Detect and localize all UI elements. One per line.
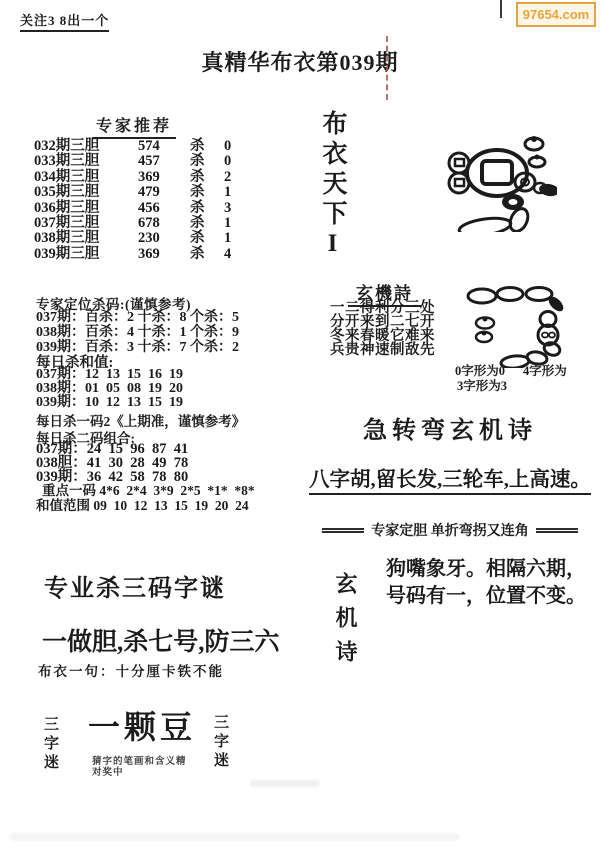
row-period: 039期三胆 <box>34 247 138 262</box>
row-value: 479 <box>138 185 190 200</box>
row-period: 035期三胆 <box>34 185 138 200</box>
shape-note-line2: 3字形为3 <box>457 376 507 394</box>
daily-sum-row: 037期：12 13 15 16 19 <box>36 368 183 382</box>
row-period: 038期： <box>36 381 85 396</box>
row-value: 457 <box>138 154 190 169</box>
row-value: 574 <box>138 139 190 154</box>
bottom-xuanji-vertical-label: 玄机诗 <box>330 572 360 674</box>
table-row: 034期三胆369杀2 <box>34 170 244 185</box>
position-kill-rows: 037期：百杀：2 十杀：8 个杀：5 038期：百杀：4 十杀：1 个杀：9 … <box>36 310 239 355</box>
row-kill-label: 杀 <box>190 201 224 216</box>
daily-sum-row: 039期：10 12 13 15 19 <box>36 396 183 410</box>
row-kill: 0 <box>224 139 244 154</box>
row-period: 039期： <box>36 395 85 410</box>
riddle-footnote-line1: 猜字的笔画和含义精 <box>92 757 187 768</box>
three-char-riddle-label-left: 三字迷 <box>42 716 58 773</box>
row-period: 037期： <box>36 367 85 382</box>
expert-recommend-table: 032期三胆574杀0 033期三胆457杀0 034期三胆369杀2 035期… <box>34 139 244 262</box>
three-char-riddle-answer: 一颗豆 <box>88 702 196 748</box>
scan-ghosting <box>10 833 460 841</box>
table-row: 036期三胆456杀3 <box>34 201 244 216</box>
table-row: 039期三胆369杀4 <box>34 247 244 262</box>
row-value: 456 <box>138 201 190 216</box>
bottom-xuanji-line2: 号码有一，位置不变。 <box>386 583 586 610</box>
bottom-xuanji-line1: 狗嘴象牙。相隔六期， <box>386 556 586 583</box>
row-values: 01 05 08 19 20 <box>85 381 183 396</box>
sum-range-values: 09 10 12 13 15 19 20 24 <box>90 498 249 513</box>
scan-mark-tick <box>500 0 502 18</box>
buyi-tianxia-vertical-title: 布衣天下I <box>318 110 346 262</box>
riddle-heading: 专业杀三码字谜 <box>44 568 226 603</box>
expert-dingdan-divider: 专家定胆 单折弯拐又连角 <box>300 520 600 540</box>
riddle-line: 一做胆,杀七号,防三六 <box>42 622 280 658</box>
page-title: 真精华布衣第039期 <box>0 46 600 77</box>
xuanji-poem: 一二得利分三处 分开来到二七开 冬来春暖它难来 兵贵神速制敌先 <box>330 302 435 358</box>
divider-bar-left <box>322 528 364 533</box>
top-left-note: 关注3 8出一个 <box>20 10 109 32</box>
expert-recommend-heading: 专家推荐 <box>92 113 176 139</box>
sharp-turn-heading: 急转弯玄机诗 <box>300 410 600 445</box>
bottom-xuanji-text: 狗嘴象牙。相隔六期， 号码有一，位置不变。 <box>386 556 586 610</box>
row-kill-label: 杀 <box>190 170 224 185</box>
row-value: 369 <box>138 247 190 262</box>
row-period: 038期三胆 <box>34 231 138 246</box>
buyi-sentence: 布衣一句：十分厘卡铁不能 <box>38 660 224 680</box>
row-kill: 4 <box>224 247 244 262</box>
row-values: 12 13 15 16 19 <box>85 367 183 382</box>
riddle-footnote-line2: 对奖中 <box>92 768 187 779</box>
sum-range-label: 和值范围 <box>36 498 90 513</box>
poem-line: 兵贵神速制敌先 <box>330 344 435 358</box>
divider-bar-right <box>536 528 578 533</box>
coin-doodle-sketch-2 <box>460 268 570 368</box>
row-value: 369 <box>138 170 190 185</box>
row-kill: 1 <box>224 216 244 231</box>
table-row: 035期三胆479杀1 <box>34 185 244 200</box>
riddle-footnote: 猜字的笔画和含义精 对奖中 <box>92 757 187 779</box>
row-kill: 2 <box>224 170 244 185</box>
table-row: 038期三胆230杀1 <box>34 231 244 246</box>
row-value: 230 <box>138 231 190 246</box>
daily-sum-row: 038期：01 05 08 19 20 <box>36 382 183 396</box>
row-kill-label: 杀 <box>190 154 224 169</box>
three-char-riddle-label-right: 三字迷 <box>212 714 228 771</box>
shape-note-4: 4字形为 <box>523 364 567 378</box>
row-kill-label: 杀 <box>190 231 224 246</box>
sharp-turn-riddle-line: 八字胡,留长发,三轮车,上高速。 <box>300 462 600 492</box>
row-kill: 1 <box>224 185 244 200</box>
position-kill-row: 037期：百杀：2 十杀：8 个杀：5 <box>36 310 239 325</box>
divider-text: 专家定胆 单折弯拐又连角 <box>371 520 529 540</box>
row-kill-label: 杀 <box>190 247 224 262</box>
position-kill-row: 038期：百杀：4 十杀：1 个杀：9 <box>36 325 239 340</box>
row-period: 034期三胆 <box>34 170 138 185</box>
daily-sum-kill-rows: 037期：12 13 15 16 19 038期：01 05 08 19 20 … <box>36 368 183 409</box>
row-value: 678 <box>138 216 190 231</box>
row-kill: 3 <box>224 201 244 216</box>
site-watermark: 97654.com <box>516 2 596 27</box>
row-kill-label: 杀 <box>190 185 224 200</box>
red-dashed-fold-mark <box>386 36 388 100</box>
coin-doodle-sketch-1 <box>437 130 557 232</box>
scan-smudge <box>250 780 320 787</box>
sum-range-line: 和值范围 09 10 12 13 15 19 20 24 <box>36 494 249 514</box>
row-period: 033期三胆 <box>34 154 138 169</box>
row-kill: 0 <box>224 154 244 169</box>
row-values: 10 12 13 15 19 <box>85 395 183 410</box>
sharp-turn-riddle-text: 八字胡,留长发,三轮车,上高速。 <box>309 469 591 495</box>
table-row: 033期三胆457杀0 <box>34 154 244 169</box>
row-period: 036期三胆 <box>34 201 138 216</box>
row-kill: 1 <box>224 231 244 246</box>
